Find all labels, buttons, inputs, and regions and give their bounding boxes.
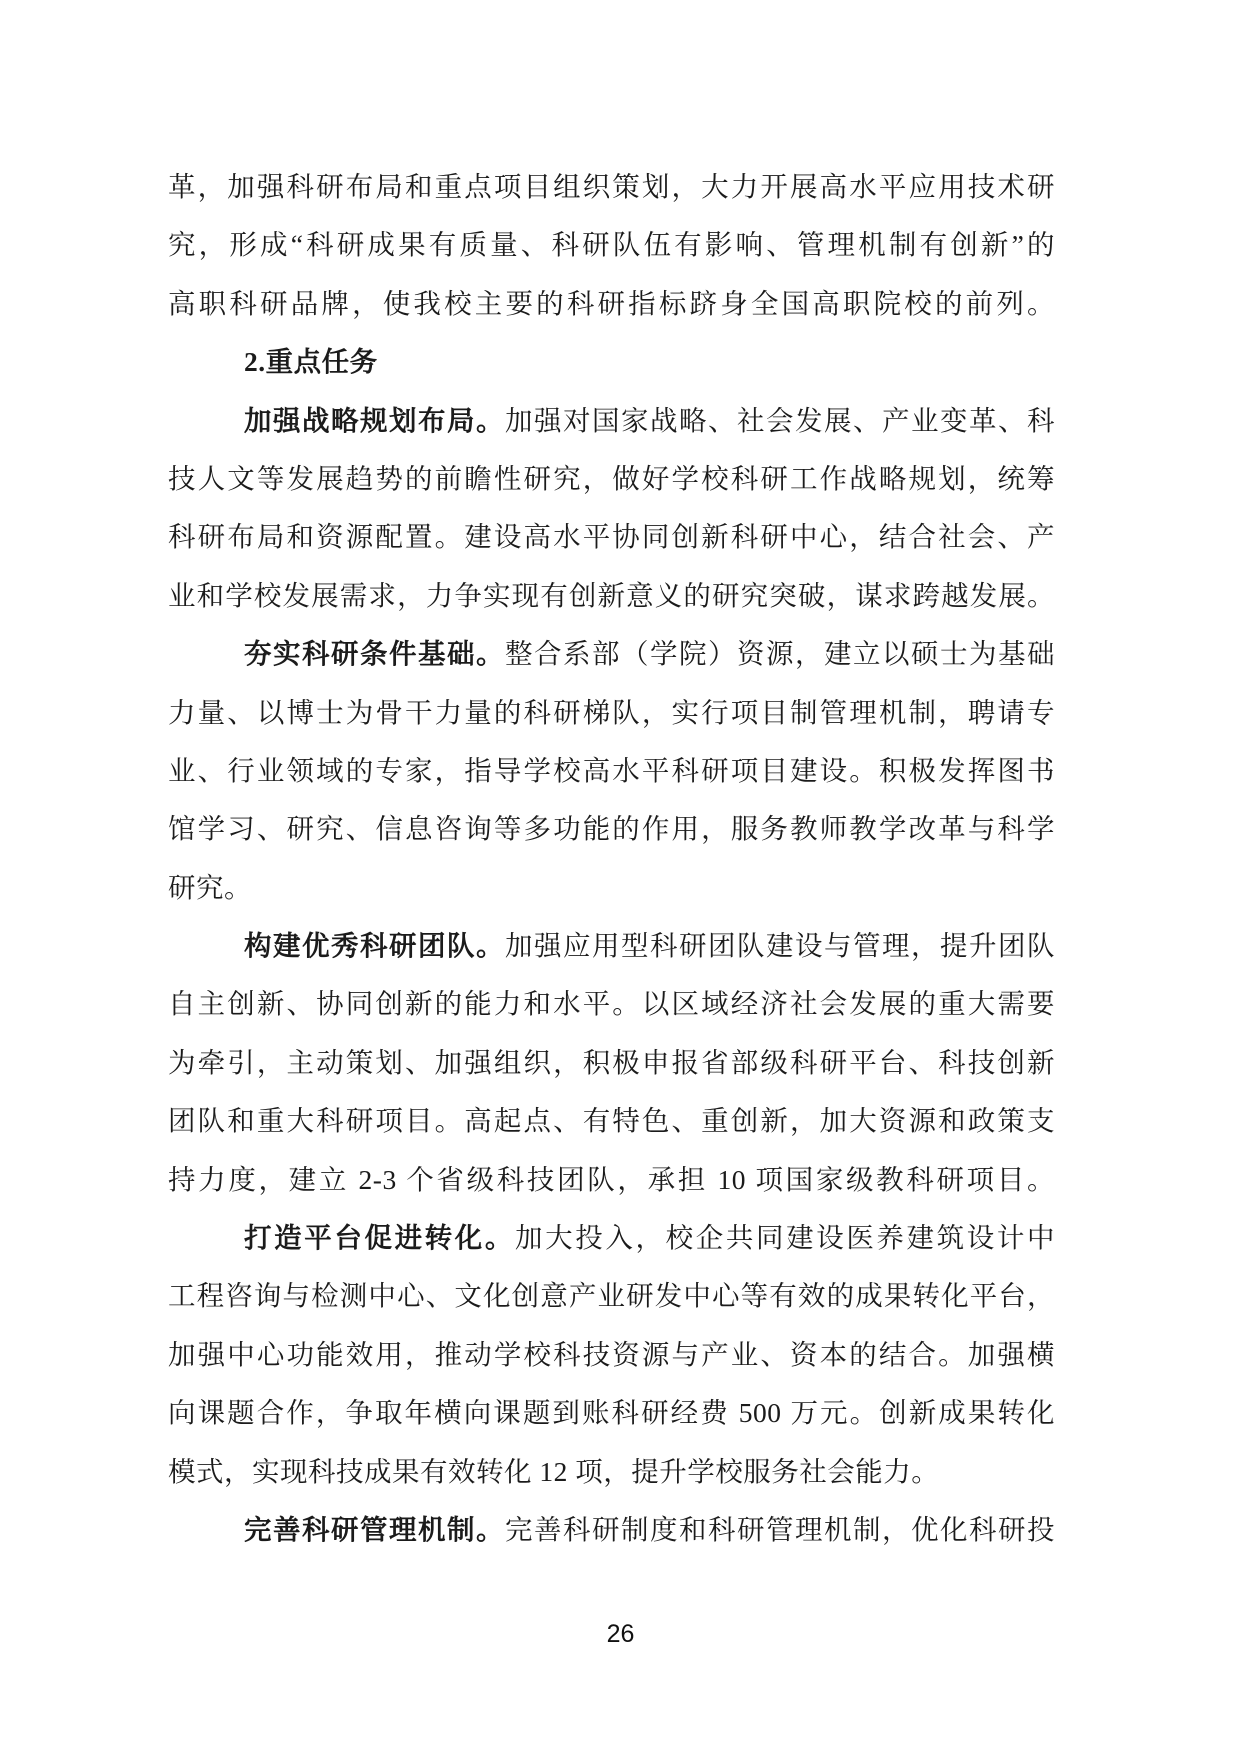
text-line: 团队和重大科研项目。高起点、有特色、重创新，加大资源和政策支 [168,1092,1055,1150]
text-line: 科研布局和资源配置。建设高水平协同创新科研中心，结合社会、产 [168,508,1055,566]
text-line: 究，形成“科研成果有质量、科研队伍有影响、管理机制有创新”的 [168,216,1055,274]
page-footer: 26 [0,1620,1241,1649]
section-heading: 2.重点任务 [168,333,1055,391]
text-segment: 模式，实现科技成果有效转化 12 项，提升学校服务社会能力。 [168,1456,939,1487]
text-line: 模式，实现科技成果有效转化 12 项，提升学校服务社会能力。 [168,1443,1055,1501]
text-line: 革，加强科研布局和重点项目组织策划，大力开展高水平应用技术研 [168,158,1055,216]
text-line: 向课题合作，争取年横向课题到账科研经费 500 万元。创新成果转化 [168,1384,1055,1442]
text-line: 持力度，建立 2-3 个省级科技团队，承担 10 项国家级教科研项目。 [168,1151,1055,1209]
text-segment: 革，加强科研布局和重点项目组织策划，大力开展高水平应用技术研 [168,171,1055,202]
text-line: 技人文等发展趋势的前瞻性研究，做好学校科研工作战略规划，统筹 [168,450,1055,508]
text-segment: 馆学习、研究、信息咨询等多功能的作用，服务教师教学改革与科学 [168,813,1055,844]
bold-lead: 完善科研管理机制。 [244,1514,505,1545]
text-line: 业、行业领域的专家，指导学校高水平科研项目建设。积极发挥图书 [168,742,1055,800]
text-segment: 科研布局和资源配置。建设高水平协同创新科研中心，结合社会、产 [168,521,1055,552]
text-segment: 整合系部（学院）资源，建立以硕士为基础 [505,638,1055,669]
text-line: 完善科研管理机制。完善科研制度和科研管理机制，优化科研投 [168,1501,1055,1559]
bold-lead: 打造平台促进转化。 [244,1222,515,1253]
text-segment: 团队和重大科研项目。高起点、有特色、重创新，加大资源和政策支 [168,1105,1055,1136]
text-line: 打造平台促进转化。加大投入，校企共同建设医养建筑设计中心、 [168,1209,1055,1267]
text-segment: 究，形成“科研成果有质量、科研队伍有影响、管理机制有创新”的 [168,229,1055,260]
text-line: 工程咨询与检测中心、文化创意产业研发中心等有效的成果转化平台， [168,1267,1055,1325]
text-line: 高职科研品牌，使我校主要的科研指标跻身全国高职院校的前列。 [168,275,1055,333]
page-number: 26 [607,1620,635,1648]
text-segment: 工程咨询与检测中心、文化创意产业研发中心等有效的成果转化平台， [168,1280,1055,1311]
text-segment: 完善科研制度和科研管理机制，优化科研投 [505,1514,1055,1545]
text-line: 馆学习、研究、信息咨询等多功能的作用，服务教师教学改革与科学 [168,800,1055,858]
text-line: 自主创新、协同创新的能力和水平。以区域经济社会发展的重大需要 [168,975,1055,1033]
text-line: 构建优秀科研团队。加强应用型科研团队建设与管理，提升团队 [168,917,1055,975]
text-line: 研究。 [168,859,1055,917]
text-line: 加强中心功能效用，推动学校科技资源与产业、资本的结合。加强横 [168,1326,1055,1384]
text-segment: 业、行业领域的专家，指导学校高水平科研项目建设。积极发挥图书 [168,755,1055,786]
text-line: 为牵引，主动策划、加强组织，积极申报省部级科研平台、科技创新 [168,1034,1055,1092]
text-segment: 加强应用型科研团队建设与管理，提升团队 [505,930,1055,961]
text-segment: 持力度，建立 2-3 个省级科技团队，承担 10 项国家级教科研项目。 [168,1164,1055,1195]
bold-lead: 夯实科研条件基础。 [244,638,505,669]
document-body: 革，加强科研布局和重点项目组织策划，大力开展高水平应用技术研究，形成“科研成果有… [168,158,1055,1559]
text-segment: 研究。 [168,872,252,903]
text-segment: 力量、以博士为骨干力量的科研梯队，实行项目制管理机制，聘请专 [168,697,1055,728]
text-segment: 技人文等发展趋势的前瞻性研究，做好学校科研工作战略规划，统筹 [168,463,1055,494]
text-segment: 业和学校发展需求，力争实现有创新意义的研究突破，谋求跨越发展。 [168,580,1055,611]
text-line: 加强战略规划布局。加强对国家战略、社会发展、产业变革、科 [168,392,1055,450]
bold-lead: 构建优秀科研团队。 [244,930,505,961]
text-segment: 向课题合作，争取年横向课题到账科研经费 500 万元。创新成果转化 [168,1397,1055,1428]
text-line: 力量、以博士为骨干力量的科研梯队，实行项目制管理机制，聘请专 [168,684,1055,742]
text-segment: 自主创新、协同创新的能力和水平。以区域经济社会发展的重大需要 [168,988,1055,1019]
text-segment: 为牵引，主动策划、加强组织，积极申报省部级科研平台、科技创新 [168,1047,1055,1078]
text-segment: 高职科研品牌，使我校主要的科研指标跻身全国高职院校的前列。 [168,288,1055,319]
text-line: 业和学校发展需求，力争实现有创新意义的研究突破，谋求跨越发展。 [168,567,1055,625]
text-line: 夯实科研条件基础。整合系部（学院）资源，建立以硕士为基础 [168,625,1055,683]
bold-lead: 2.重点任务 [244,346,378,377]
text-segment: 加强中心功能效用，推动学校科技资源与产业、资本的结合。加强横 [168,1339,1055,1370]
bold-lead: 加强战略规划布局。 [244,405,505,436]
text-segment: 加强对国家战略、社会发展、产业变革、科 [505,405,1055,436]
